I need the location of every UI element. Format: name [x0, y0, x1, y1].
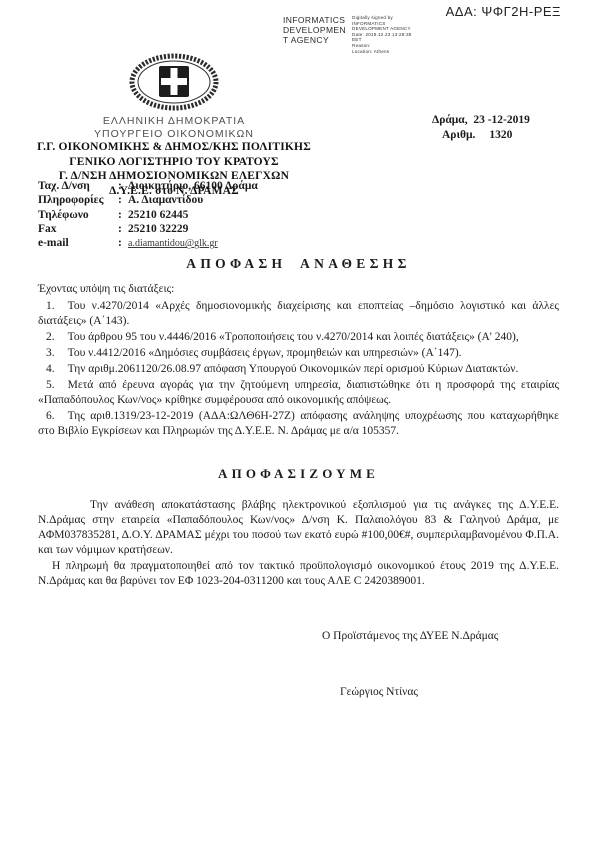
- consideration-item: 5.Μετά από έρευνα αγοράς για την ζητούμε…: [38, 378, 559, 408]
- decision-paragraph: Την ανάθεση αποκατάστασης βλάβης ηλεκτρο…: [38, 498, 559, 558]
- ministry-line: ΥΠΟΥΡΓΕΙΟ ΟΙΚΟΝΟΜΙΚΩΝ: [28, 128, 320, 141]
- greek-republic-emblem-icon: [128, 53, 220, 111]
- item-number: 2.: [46, 331, 68, 343]
- consideration-item: 2.Του άρθρου 95 του ν.4446/2016 «Τροποπο…: [38, 330, 559, 345]
- consideration-item: 6.Της αριθ.1319/23-12-2019 (ΑΔΑ:ΩΛΘ6Η-27…: [38, 409, 559, 439]
- item-text: Του ν.4270/2014 «Αρχές δημοσιονομικής δι…: [38, 300, 559, 327]
- consideration-item: 1.Του ν.4270/2014 «Αρχές δημοσιονομικής …: [38, 299, 559, 329]
- contact-label: Τηλέφωνο: [38, 208, 118, 222]
- item-number: 3.: [46, 347, 68, 359]
- item-text: Της αριθ.1319/23-12-2019 (ΑΔΑ:ΩΛΘ6Η-27Ζ)…: [38, 410, 559, 437]
- signatory-role: Ο Προϊστάμενος της ΔΥΕΕ Ν.Δράμας: [322, 630, 498, 642]
- colon-separator: :: [118, 208, 128, 222]
- protocol-number-label: Αριθμ.: [442, 129, 475, 141]
- item-text: Την αριθμ.2061120/26.08.97 απόφαση Υπουρ…: [68, 363, 519, 375]
- contact-label: Πληροφορίες: [38, 193, 118, 207]
- place-date: Δράμα, 23 -12-2019: [432, 113, 530, 128]
- ada-code: ΑΔΑ: ΨΦΓ2Η-ΡΕΞ: [446, 4, 561, 19]
- item-number: 5.: [46, 379, 68, 391]
- colon-separator: :: [118, 222, 128, 236]
- colon-separator: :: [118, 193, 128, 207]
- contact-row-information: Πληροφορίες:Α. Διαμαντίδου: [38, 193, 258, 207]
- document-page: ΑΔΑ: ΨΦΓ2Η-ΡΕΞ INFORMATICS DEVELOPMEN T …: [0, 0, 595, 842]
- protocol-number-value: 1320: [489, 129, 512, 141]
- signatory-name: Γεώργιος Ντίνας: [340, 686, 418, 698]
- stamp-signature-details: Digitally signed by INFORMATICS DEVELOPM…: [352, 15, 411, 54]
- email-link[interactable]: a.diamantidou@glk.gr: [128, 238, 218, 249]
- republic-line: ΕΛΛΗΝΙΚΗ ΔΗΜΟΚΡΑΤΙΑ: [28, 115, 320, 128]
- contact-value: Α. Διαμαντίδου: [128, 194, 203, 206]
- contact-row-fax: Fax:25210 32229: [38, 222, 258, 236]
- contact-row-address: Ταχ. Δ/νση:Διοικητήριο, 66100 Δράμα: [38, 179, 258, 193]
- protocol-number-line: Αριθμ.1320: [432, 128, 530, 143]
- item-number: 4.: [46, 363, 68, 375]
- contact-row-phone: Τηλέφωνο:25210 62445: [38, 208, 258, 222]
- payment-paragraph: Η πληρωμή θα πραγματοποιηθεί από τον τακ…: [38, 559, 559, 589]
- stamp-agency-name: INFORMATICS DEVELOPMEN T AGENCY: [283, 15, 346, 54]
- document-title: ΑΠΟΦΑΣΗ ΑΝΑΘΕΣΗΣ: [38, 256, 559, 271]
- contact-row-email: e-mail:a.diamantidou@glk.gr: [38, 236, 258, 251]
- contact-value: 25210 32229: [128, 223, 188, 235]
- consideration-item: 3.Του ν.4412/2016 «Δημόσιες συμβάσεις έρ…: [38, 346, 559, 361]
- date-protocol-block: Δράμα, 23 -12-2019 Αριθμ.1320: [432, 113, 530, 143]
- item-text: Του άρθρου 95 του ν.4446/2016 «Τροποποιή…: [68, 331, 519, 343]
- digital-signature-stamp: INFORMATICS DEVELOPMEN T AGENCY Digitall…: [283, 15, 411, 54]
- contact-info: Ταχ. Δ/νση:Διοικητήριο, 66100 Δράμα Πληρ…: [38, 179, 258, 251]
- contact-label: Ταχ. Δ/νση: [38, 179, 118, 193]
- contact-label: Fax: [38, 222, 118, 236]
- decision-heading: ΑΠΟΦΑΣΙΖΟΥΜΕ: [38, 466, 559, 481]
- item-text: Μετά από έρευνα αγοράς για την ζητούμενη…: [38, 379, 559, 406]
- item-number: 6.: [46, 410, 68, 422]
- colon-separator: :: [118, 236, 128, 250]
- item-text: Του ν.4412/2016 «Δημόσιες συμβάσεις έργω…: [68, 347, 462, 359]
- item-number: 1.: [46, 300, 68, 312]
- colon-separator: :: [118, 179, 128, 193]
- document-body: ΑΠΟΦΑΣΗ ΑΝΑΘΕΣΗΣ Έχοντας υπόψη τις διατά…: [38, 256, 559, 589]
- org-line: Γ.Γ. ΟΙΚΟΝΟΜΙΚΗΣ & ΔΗΜΟΣ/ΚΗΣ ΠΟΛΙΤΙΚΗΣ: [28, 140, 320, 155]
- contact-label: e-mail: [38, 236, 118, 250]
- consideration-item: 4.Την αριθμ.2061120/26.08.97 απόφαση Υπο…: [38, 362, 559, 377]
- org-line: ΓΕΝΙΚΟ ΛΟΓΙΣΤΗΡΙΟ ΤΟΥ ΚΡΑΤΟΥΣ: [28, 155, 320, 170]
- contact-value: 25210 62445: [128, 209, 188, 221]
- contact-value: Διοικητήριο, 66100 Δράμα: [128, 180, 258, 192]
- considerations-intro: Έχοντας υπόψη τις διατάξεις:: [38, 282, 559, 297]
- letterhead: ΕΛΛΗΝΙΚΗ ΔΗΜΟΚΡΑΤΙΑ ΥΠΟΥΡΓΕΙΟ ΟΙΚΟΝΟΜΙΚΩ…: [28, 53, 320, 198]
